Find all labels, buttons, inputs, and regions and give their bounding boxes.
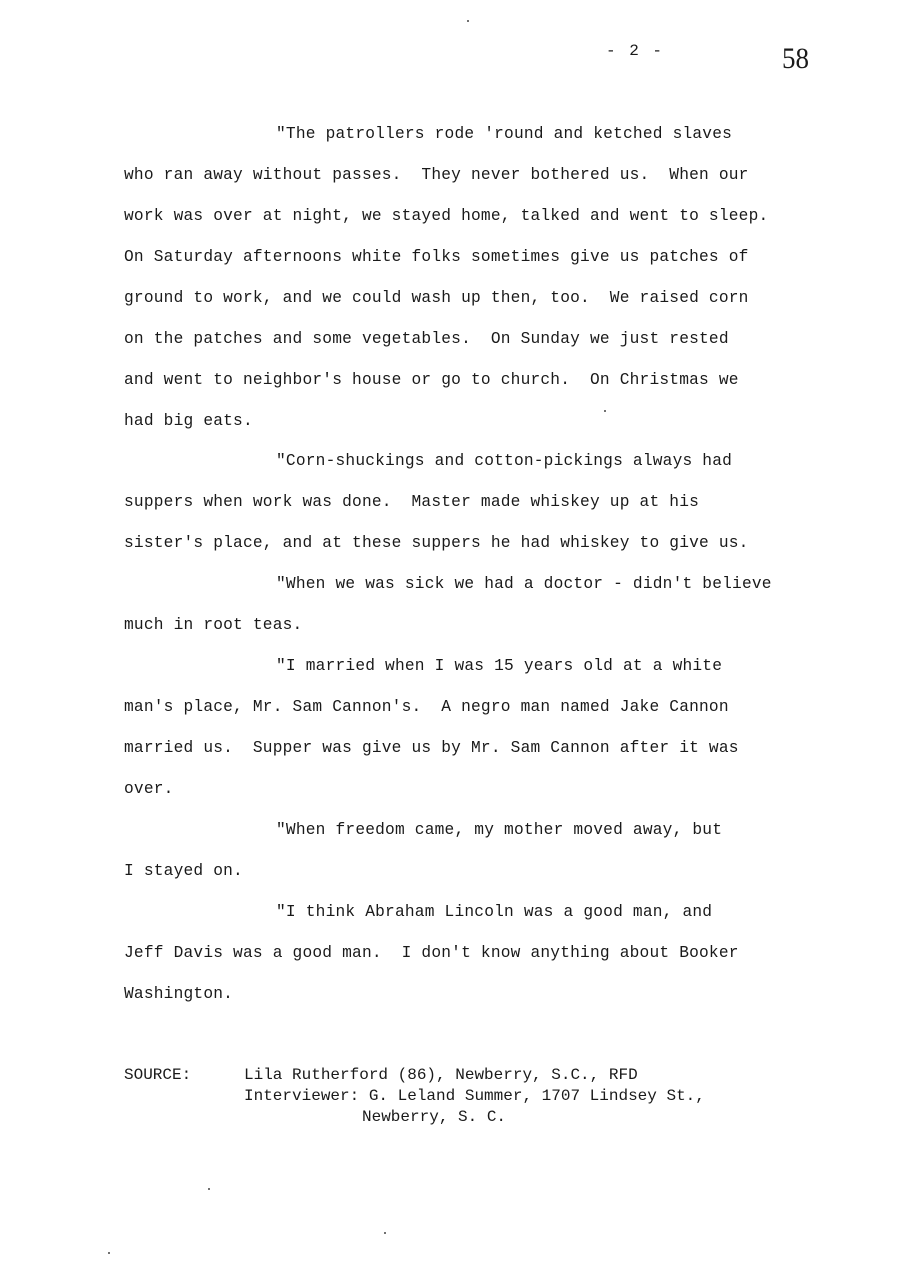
scan-speck [108,1252,110,1254]
text-line: On Saturday afternoons white folks somet… [124,248,749,266]
text-line: "I married when I was 15 years old at a … [276,657,722,675]
text-line: married us. Supper was give us by Mr. Sa… [124,739,739,757]
text-line: work was over at night, we stayed home, … [124,207,768,225]
text-line: Washington. [124,985,233,1003]
scan-speck [467,20,469,22]
scan-speck [384,1232,386,1234]
text-line: who ran away without passes. They never … [124,166,749,184]
text-line: I stayed on. [124,862,243,880]
text-line: over. [124,780,174,798]
text-line: ground to work, and we could wash up the… [124,289,749,307]
text-line: suppers when work was done. Master made … [124,493,699,511]
page-number: 58 [782,42,809,76]
text-line: "I think Abraham Lincoln was a good man,… [276,903,712,921]
text-line: "When freedom came, my mother moved away… [276,821,722,839]
text-line: sister's place, and at these suppers he … [124,534,749,552]
source-label: SOURCE: [124,1066,191,1084]
scan-speck [208,1188,210,1190]
text-line: Jeff Davis was a good man. I don't know … [124,944,739,962]
text-line: much in root teas. [124,616,302,634]
text-line: had big eats. [124,412,253,430]
text-line: "The patrollers rode 'round and ketched … [276,125,732,143]
scan-speck [604,410,606,412]
text-line: and went to neighbor's house or go to ch… [124,371,739,389]
text-line: "Corn-shuckings and cotton-pickings alwa… [276,452,732,470]
source-address: Newberry, S. C. [362,1108,506,1126]
text-line: "When we was sick we had a doctor - didn… [276,575,772,593]
text-line: on the patches and some vegetables. On S… [124,330,729,348]
page-marker: - 2 - [606,42,664,60]
source-informant: Lila Rutherford (86), Newberry, S.C., RF… [244,1066,638,1084]
text-line: man's place, Mr. Sam Cannon's. A negro m… [124,698,729,716]
source-interviewer: Interviewer: G. Leland Summer, 1707 Lind… [244,1087,705,1105]
